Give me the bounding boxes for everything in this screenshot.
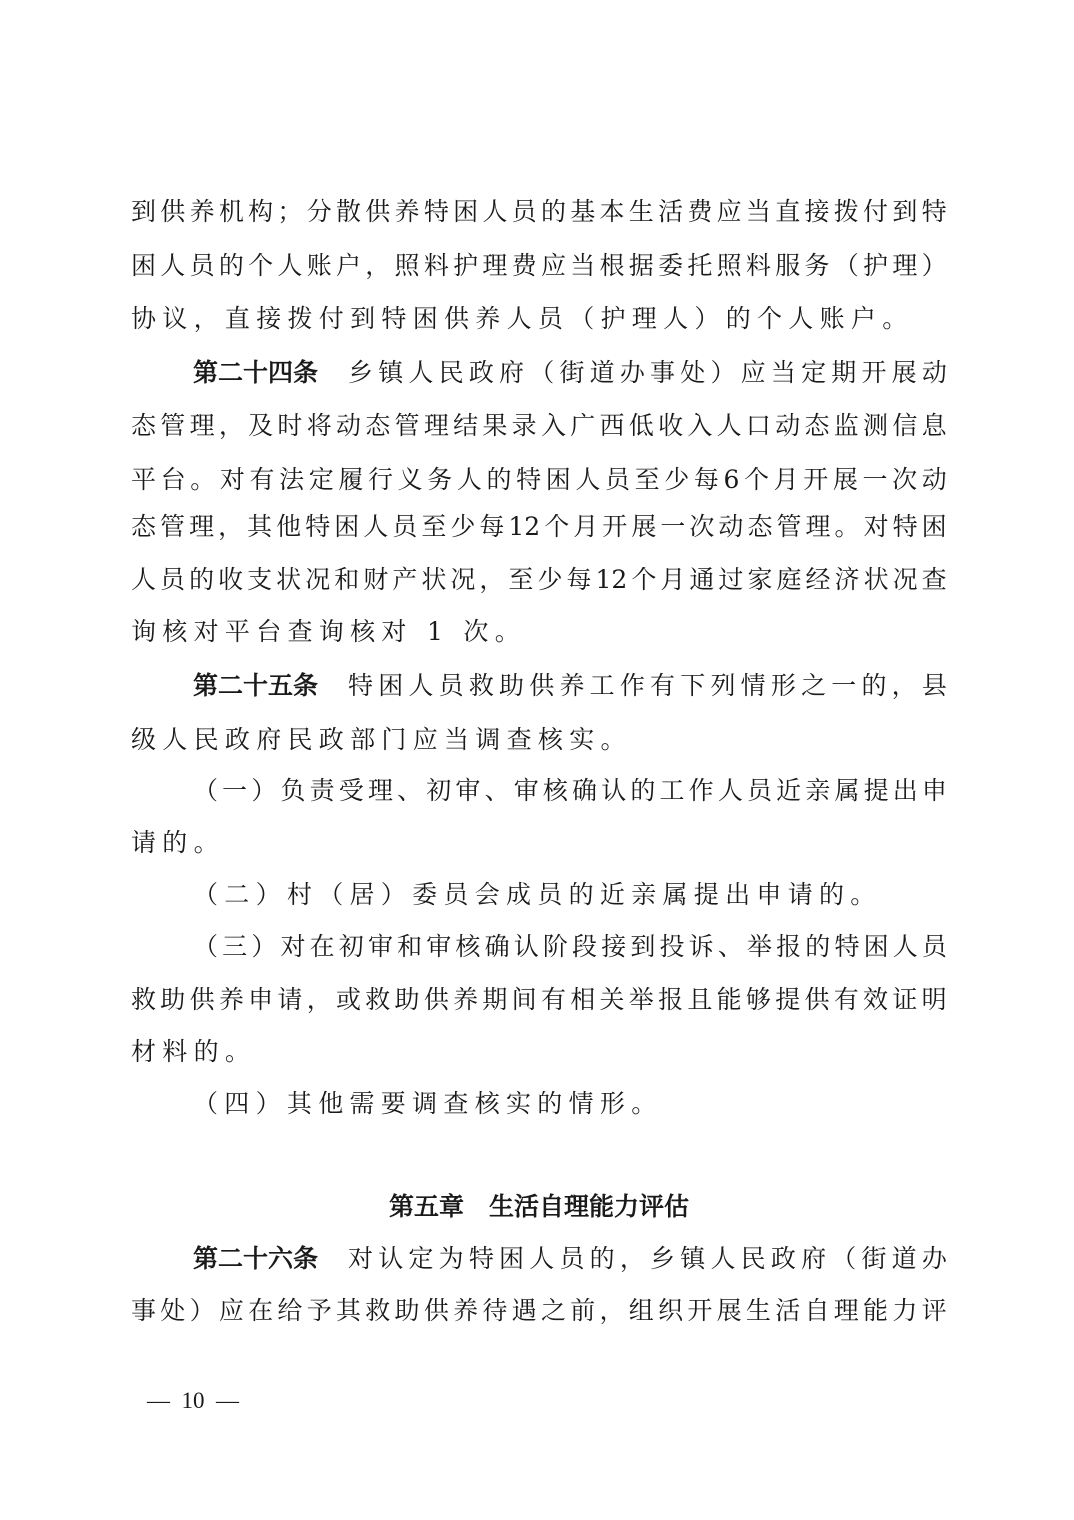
glyph: 庭	[776, 560, 801, 600]
glyph: 段	[572, 927, 597, 967]
glyph: 组	[629, 1291, 654, 1331]
glyph: 态	[131, 406, 156, 446]
glyph: 动	[775, 406, 800, 446]
glyph: 员	[747, 771, 772, 811]
glyph: 人	[717, 406, 742, 446]
glyph: 其	[247, 507, 272, 547]
glyph: 行	[368, 460, 393, 500]
glyph: 应	[717, 192, 742, 232]
glyph: 开	[803, 460, 828, 500]
glyph: 动	[336, 406, 361, 446]
glyph: 下	[680, 666, 705, 706]
glyph: 期	[831, 353, 856, 393]
glyph: 处	[160, 1291, 185, 1331]
glyph: ）	[710, 353, 735, 393]
glyph: 付	[863, 192, 888, 232]
text-line: 特困人员救助供养工作有下列情形之一的，县	[348, 666, 947, 706]
glyph: 将	[307, 406, 332, 446]
glyph: 开	[602, 507, 627, 547]
glyph: 料	[424, 246, 449, 286]
glyph: ，	[892, 666, 917, 706]
glyph: 助	[395, 980, 420, 1020]
glyph: 受	[339, 771, 364, 811]
glyph: 的	[487, 460, 512, 500]
glyph: 理	[424, 406, 449, 446]
glyph: 当	[771, 353, 796, 393]
glyph: 的	[541, 192, 566, 232]
glyph: 报	[776, 927, 801, 967]
glyph: 展	[833, 460, 858, 500]
glyph: 镇	[680, 1239, 705, 1279]
glyph: 在	[248, 1291, 273, 1331]
glyph: 员	[922, 927, 947, 967]
glyph: 基	[570, 192, 595, 232]
glyph: 义	[398, 460, 423, 500]
glyph: 有	[541, 980, 566, 1020]
glyph: 民	[741, 1239, 766, 1279]
glyph: 生	[629, 192, 654, 232]
glyph: 一	[831, 666, 856, 706]
glyph: 动	[718, 507, 743, 547]
glyph: 报	[658, 980, 683, 1020]
glyph: 应	[541, 246, 566, 286]
glyph: 道	[892, 1239, 917, 1279]
glyph: 管	[160, 507, 185, 547]
glyph: 展	[717, 1291, 742, 1331]
glyph: 机	[219, 192, 244, 232]
glyph: 道	[590, 353, 615, 393]
glyph: 支	[247, 560, 272, 600]
glyph: 他	[276, 507, 301, 547]
glyph: 状	[421, 560, 446, 600]
glyph: 员	[605, 460, 630, 500]
glyph: 理	[368, 771, 393, 811]
glyph: 户	[336, 246, 361, 286]
glyph: 一	[222, 771, 247, 811]
glyph: 提	[864, 771, 889, 811]
glyph: 到	[131, 192, 156, 232]
glyph: 服	[775, 246, 800, 286]
glyph: 少	[537, 560, 562, 600]
glyph: 或	[336, 980, 361, 1020]
glyph: 养	[453, 1291, 478, 1331]
glyph: 状	[276, 560, 301, 600]
glyph: 投	[660, 927, 685, 967]
glyph: 助	[395, 1291, 420, 1331]
glyph: 遇	[512, 1291, 537, 1331]
glyph: 理	[190, 406, 215, 446]
glyph: 和	[397, 927, 422, 967]
glyph: 有	[650, 666, 675, 706]
glyph: 、	[485, 771, 510, 811]
glyph: 能	[863, 1291, 888, 1331]
glyph: （	[834, 246, 859, 286]
glyph: 供	[365, 192, 390, 232]
glyph: 济	[835, 560, 860, 600]
glyph: 息	[922, 406, 947, 446]
glyph: 收	[658, 406, 683, 446]
text-line: 到供养机构；分散供养特困人员的基本生活费应当直接拨付到特	[131, 192, 947, 232]
glyph: 活	[775, 1291, 800, 1331]
text-line: （四）其他需要调查核实的情形。	[131, 1084, 1009, 1124]
glyph: 、	[718, 927, 743, 967]
glyph: 之	[801, 666, 826, 706]
glyph: 至	[508, 560, 533, 600]
glyph: 动	[922, 460, 947, 500]
glyph: ，	[307, 980, 332, 1020]
glyph: 到	[892, 192, 917, 232]
glyph: 特	[834, 927, 859, 967]
glyph: 的	[630, 771, 655, 811]
glyph: 每	[566, 560, 591, 600]
text-line: 态管理，及时将动态管理结果录入广西低收入人口动态监测信息	[131, 406, 947, 446]
glyph: 当	[570, 246, 595, 286]
glyph: 助	[160, 980, 185, 1020]
glyph: 前	[570, 1291, 595, 1331]
glyph: 办	[922, 1239, 947, 1279]
glyph: 展	[631, 507, 656, 547]
glyph: 理	[834, 1291, 859, 1331]
glyph: 且	[687, 980, 712, 1020]
glyph: 员	[392, 507, 417, 547]
glyph: 政	[771, 1239, 796, 1279]
glyph: 申	[922, 771, 947, 811]
glyph: 料	[746, 246, 771, 286]
glyph: 困	[499, 1239, 524, 1279]
document-page: 到供养机构；分散供养特困人员的基本生活费应当直接拨付到特 困人员的个人账户，照料…	[131, 0, 947, 1520]
glyph: 有	[250, 460, 275, 500]
glyph: 护	[863, 246, 888, 286]
glyph: 理	[892, 246, 917, 286]
glyph: 作	[689, 771, 714, 811]
glyph: ）	[922, 246, 947, 286]
glyph: 供	[529, 666, 554, 706]
glyph: 请	[277, 980, 302, 1020]
glyph: 间	[512, 980, 537, 1020]
glyph: 低	[629, 406, 654, 446]
glyph: 特	[305, 507, 330, 547]
glyph: 负	[280, 771, 305, 811]
glyph: 一	[660, 507, 685, 547]
glyph: 阶	[543, 927, 568, 967]
glyph: 乡	[650, 1239, 675, 1279]
glyph: 街	[861, 1239, 886, 1279]
glyph: 的	[219, 246, 244, 286]
glyph: 力	[892, 1291, 917, 1331]
glyph: 托	[687, 246, 712, 286]
glyph: 养	[395, 192, 420, 232]
glyph: 账	[307, 246, 332, 286]
glyph: 况	[450, 560, 475, 600]
glyph: 审	[368, 927, 393, 967]
glyph: 镇	[378, 353, 403, 393]
glyph: 履	[338, 460, 363, 500]
glyph: 果	[482, 406, 507, 446]
glyph: 家	[747, 560, 772, 600]
glyph: 态	[747, 507, 772, 547]
glyph: 管	[776, 507, 801, 547]
glyph: 活	[658, 192, 683, 232]
glyph: 生	[746, 1291, 771, 1331]
glyph: 供	[424, 1291, 449, 1331]
glyph: 况	[305, 560, 330, 600]
glyph: 人	[363, 507, 388, 547]
glyph: 员	[190, 246, 215, 286]
glyph: 对	[280, 927, 305, 967]
glyph: 给	[277, 1291, 302, 1331]
text-line: 询核对平台查询核对 1 次。	[131, 612, 947, 652]
glyph: 广	[570, 406, 595, 446]
glyph: 态	[365, 406, 390, 446]
glyph: 态	[804, 406, 829, 446]
glyph: 状	[864, 560, 889, 600]
glyph: 特	[516, 460, 541, 500]
glyph: 务	[804, 246, 829, 286]
glyph: 特	[348, 666, 373, 706]
text-line: 事处）应在给予其救助供养待遇之前，组织开展生活自理能力评	[131, 1291, 947, 1331]
text-line: 请的。	[131, 823, 947, 863]
glyph: 明	[922, 980, 947, 1020]
glyph: 对	[220, 460, 245, 500]
glyph: 出	[893, 771, 918, 811]
glyph: 务	[427, 460, 452, 500]
glyph: 员	[512, 192, 537, 232]
glyph: ，	[218, 507, 243, 547]
glyph: 查	[922, 560, 947, 600]
glyph: 产	[392, 560, 417, 600]
glyph: 供	[190, 980, 215, 1020]
text-line: 平台。对有法定履行义务人的特困人员至少每6个月开展一次动	[131, 460, 947, 500]
glyph: 开	[687, 1291, 712, 1331]
glyph: 通	[689, 560, 714, 600]
glyph: 自	[804, 1291, 829, 1331]
glyph: 次	[689, 507, 714, 547]
glyph: 确	[572, 771, 597, 811]
glyph: 认	[378, 1239, 403, 1279]
glyph: 救	[131, 980, 156, 1020]
glyph: 期	[482, 980, 507, 1020]
glyph: 入	[541, 406, 566, 446]
glyph: ；	[277, 192, 302, 232]
glyph: 法	[279, 460, 304, 500]
glyph: 台	[161, 460, 186, 500]
glyph: 月	[573, 507, 598, 547]
glyph: ）	[251, 771, 276, 811]
text-line: 困人员的个人账户，照料护理费应当根据委托照料服务（护理）	[131, 246, 947, 286]
glyph: 核	[543, 771, 568, 811]
glyph: 助	[499, 666, 524, 706]
glyph: 初	[339, 927, 364, 967]
glyph: 事	[131, 1291, 156, 1331]
glyph: 对	[348, 1239, 373, 1279]
glyph: 工	[590, 666, 615, 706]
text-line: 态管理，其他特困人员至少每12个月开展一次动态管理。对特困	[131, 507, 947, 547]
glyph: 理	[189, 507, 214, 547]
glyph: 证	[892, 980, 917, 1020]
glyph: 散	[336, 192, 361, 232]
glyph: 开	[861, 353, 886, 393]
glyph: 月	[774, 460, 799, 500]
glyph: 员	[559, 1239, 584, 1279]
glyph: 困	[378, 666, 403, 706]
glyph: 照	[395, 246, 420, 286]
glyph: 责	[310, 771, 335, 811]
glyph: 对	[864, 507, 889, 547]
glyph: 初	[426, 771, 451, 811]
glyph: 救	[469, 666, 494, 706]
glyph: 根	[600, 246, 625, 286]
glyph: 特	[893, 507, 918, 547]
glyph: 接	[601, 927, 626, 967]
glyph: 费	[687, 192, 712, 232]
glyph: 委	[658, 246, 683, 286]
glyph: 予	[307, 1291, 332, 1331]
glyph: 特	[469, 1239, 494, 1279]
text-line: 材料的。	[131, 1032, 947, 1072]
glyph: 信	[892, 406, 917, 446]
glyph: 管	[160, 406, 185, 446]
article-25-first-line: 第二十五条 特困人员救助供养工作有下列情形之一的，县	[131, 666, 947, 706]
glyph: （	[193, 927, 218, 967]
glyph: ，	[479, 560, 504, 600]
glyph: 人	[457, 460, 482, 500]
glyph: 个	[631, 560, 656, 600]
glyph: 举	[629, 980, 654, 1020]
glyph: 待	[482, 1291, 507, 1331]
glyph: 困	[131, 246, 156, 286]
article-heading: 第二十五条	[193, 666, 318, 706]
glyph: 人	[408, 666, 433, 706]
glyph: ）	[190, 1291, 215, 1331]
glyph: 困	[922, 507, 947, 547]
glyph: 申	[248, 980, 273, 1020]
glyph: 费	[512, 246, 537, 286]
glyph: 。	[190, 460, 215, 500]
glyph: 核	[455, 927, 480, 967]
glyph: 审	[426, 927, 451, 967]
glyph: 养	[453, 980, 478, 1020]
glyph: 平	[131, 460, 156, 500]
glyph: 接	[804, 192, 829, 232]
glyph: 效	[863, 980, 888, 1020]
glyph: 织	[658, 1291, 683, 1331]
glyph: 办	[620, 353, 645, 393]
glyph: 个	[248, 246, 273, 286]
glyph: 定	[408, 1239, 433, 1279]
text-line: 乡镇人民政府（街道办事处）应当定期开展动	[348, 353, 947, 393]
article-heading: 第二十四条	[193, 353, 318, 393]
glyph: 乡	[348, 353, 373, 393]
glyph: 提	[775, 980, 800, 1020]
glyph: 过	[718, 560, 743, 600]
text-line: 协议，直接拨付到特困供养人员（护理人）的个人账户。	[131, 299, 947, 339]
glyph: 当	[746, 192, 771, 232]
glyph: 供	[804, 980, 829, 1020]
glyph: 供	[160, 192, 185, 232]
glyph: 直	[775, 192, 800, 232]
glyph: 人	[131, 560, 156, 600]
glyph: 救	[365, 980, 390, 1020]
glyph: （	[529, 353, 554, 393]
glyph: 府	[499, 353, 524, 393]
glyph: 的	[861, 666, 886, 706]
glyph: 三	[222, 927, 247, 967]
glyph: 民	[439, 353, 464, 393]
glyph: 月	[660, 560, 685, 600]
glyph: 困	[334, 507, 359, 547]
glyph: 态	[131, 507, 156, 547]
glyph: 入	[687, 406, 712, 446]
glyph: 展	[892, 353, 917, 393]
glyph: 少	[450, 507, 475, 547]
glyph: 12	[508, 507, 540, 547]
glyph: 分	[307, 192, 332, 232]
glyph: ，	[365, 246, 390, 286]
glyph: 街	[559, 353, 584, 393]
glyph: 人	[529, 1239, 554, 1279]
glyph: 定	[309, 460, 334, 500]
glyph: （	[193, 771, 218, 811]
glyph: 理	[482, 246, 507, 286]
text-line: （一）负责受理、初审、审核确认的工作人员近亲属提出申	[131, 771, 947, 811]
text-line: （二）村（居）委员会成员的近亲属提出申请的。	[131, 875, 1009, 915]
glyph: 测	[863, 406, 888, 446]
glyph: 困	[453, 192, 478, 232]
glyph: ，	[620, 1239, 645, 1279]
glyph: 有	[834, 980, 859, 1020]
glyph: 关	[600, 980, 625, 1020]
glyph: 事	[650, 353, 675, 393]
glyph: 据	[629, 246, 654, 286]
glyph: 的	[590, 1239, 615, 1279]
glyph: 形	[771, 666, 796, 706]
glyph: 构	[248, 192, 273, 232]
glyph: 认	[514, 927, 539, 967]
glyph: ，	[600, 1291, 625, 1331]
glyph: 6	[724, 460, 740, 500]
glyph: 亲	[805, 771, 830, 811]
glyph: 审	[455, 771, 480, 811]
glyph: 人	[718, 771, 743, 811]
glyph: 本	[600, 192, 625, 232]
glyph: 。	[835, 507, 860, 547]
text-line: 对认定为特困人员的，乡镇人民政府（街道办	[348, 1239, 947, 1279]
glyph: 经	[806, 560, 831, 600]
glyph: 管	[395, 406, 420, 446]
glyph: 一	[863, 460, 888, 500]
glyph: 的	[805, 927, 830, 967]
article-heading: 第二十六条	[193, 1239, 318, 1279]
glyph: 拨	[834, 192, 859, 232]
glyph: 至	[635, 460, 660, 500]
glyph: 结	[453, 406, 478, 446]
glyph: 和	[334, 560, 359, 600]
glyph: 县	[922, 666, 947, 706]
glyph: 救	[365, 1291, 390, 1331]
glyph: 少	[664, 460, 689, 500]
article-24-first-line: 第二十四条 乡镇人民政府（街道办事处）应当定期开展动	[131, 353, 947, 393]
glyph: 应	[741, 353, 766, 393]
article-26-first-line: 第二十六条 对认定为特困人员的，乡镇人民政府（街道办	[131, 1239, 947, 1279]
chapter-heading: 第五章 生活自理能力评估	[131, 1187, 947, 1227]
glyph: 养	[190, 192, 215, 232]
glyph: 府	[801, 1239, 826, 1279]
glyph: 困	[864, 927, 889, 967]
glyph: 人	[893, 927, 918, 967]
glyph: 诉	[689, 927, 714, 967]
glyph: 供	[424, 980, 449, 1020]
glyph: 人	[277, 246, 302, 286]
